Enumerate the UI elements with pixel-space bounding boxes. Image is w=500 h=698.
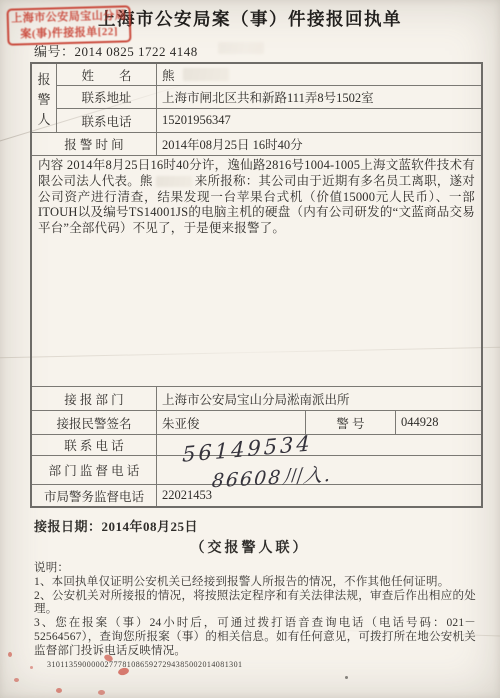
reporter-vertical-label: 报 警 人 — [32, 64, 57, 132]
table-row-report-time: 报 警 时 间 2014年08月25日 16时40分 — [32, 133, 481, 156]
scan-smudge — [218, 42, 264, 54]
table-row-name: 姓 名 熊 — [57, 64, 481, 86]
phone-label: 联系电话 — [57, 109, 157, 132]
notes-section: 说明： 1、本回执单仅证明公安机关已经接到报警人所报告的情况，不作其他任何证明。… — [34, 562, 476, 659]
contact-phone-label: 联 系 电 话 — [32, 435, 157, 455]
badge-number-label: 警 号 — [306, 411, 396, 434]
table-row-phone: 联系电话 15201956347 — [57, 109, 481, 132]
table-row-contact-phone: 联 系 电 话 — [32, 435, 481, 456]
dept-supervision-value — [157, 456, 481, 484]
note-item-1: 1、本回执单仅证明公安机关已经接到报警人所报告的情况，不作其他任何证明。 — [34, 576, 476, 590]
reporter-rows: 姓 名 熊 联系地址 上海市闸北区共和新路111弄8号1502室 联系电话 15… — [57, 64, 481, 132]
table-row-address: 联系地址 上海市闸北区共和新路111弄8号1502室 — [57, 86, 481, 109]
reporter-section: 报 警 人 姓 名 熊 联系地址 上海市闸北区共和新路111弄8号1502室 — [32, 64, 481, 133]
city-supervision-value: 22021453 — [157, 485, 481, 506]
badge-number-value: 044928 — [396, 411, 481, 434]
stamp-line2: 案(事)件接报单[22] — [9, 23, 129, 42]
vchar-ren: 人 — [37, 109, 50, 128]
table-row-city-supervision-phone: 市局警务监督电话 22021453 — [32, 485, 481, 506]
bottom-serial-digits: 3101135900000277781086592729438500201408… — [47, 660, 243, 669]
name-label: 姓 名 — [57, 64, 157, 85]
content-redaction-smudge — [156, 176, 192, 187]
red-ink-speck — [14, 678, 19, 682]
contact-phone-value — [157, 435, 481, 455]
address-value: 上海市闸北区共和新路111弄8号1502室 — [157, 86, 481, 108]
name-text: 熊 — [162, 66, 175, 84]
receiving-dept-value: 上海市公安局宝山分局淞南派出所 — [157, 387, 481, 410]
city-supervision-label: 市局警务监督电话 — [32, 485, 157, 506]
dept-supervision-label: 部 门 监 督 电 话 — [32, 456, 157, 484]
table-row-receiving-dept: 接 报 部 门 上海市公安局宝山分局淞南派出所 — [32, 387, 481, 411]
police-receipt-document: 上海市公安局宝山分局 案(事)件接报单[22] 上海市公安局案（事）件接报回执单… — [0, 0, 500, 698]
vchar-jing: 警 — [37, 89, 50, 108]
phone-value: 15201956347 — [157, 109, 481, 132]
address-label: 联系地址 — [57, 86, 157, 108]
copy-designation-label: （交报警人联） — [0, 537, 500, 557]
red-ink-speck — [8, 652, 12, 657]
form-table: 报 警 人 姓 名 熊 联系地址 上海市闸北区共和新路111弄8号1502室 — [30, 62, 483, 508]
name-value: 熊 — [157, 64, 481, 85]
note-item-2: 2、公安机关对所接报的情况，将按照法定程序和有关法律法规，审查后作出相应的处理。 — [34, 590, 476, 618]
notes-title: 说明： — [34, 562, 476, 576]
note-item-3: 3、您在报案（事）24小时后，可通过拨打语音查询电话（电话号码：021－5256… — [34, 617, 476, 658]
table-row-officer: 接报民警签名 朱亚俊 警 号 044928 — [32, 411, 481, 435]
table-row-dept-supervision-phone: 部 门 监 督 电 话 — [32, 456, 481, 485]
red-ink-speck — [98, 690, 105, 695]
red-office-stamp: 上海市公安局宝山分局 案(事)件接报单[22] — [7, 5, 132, 45]
red-ink-speck — [56, 688, 62, 693]
receipt-date: 接报日期：2014年08月25日 — [34, 516, 198, 535]
report-time-label: 报 警 时 间 — [32, 133, 157, 155]
name-redaction-smudge — [183, 68, 229, 81]
receiving-dept-label: 接 报 部 门 — [32, 387, 157, 410]
report-time-value: 2014年08月25日 16时40分 — [157, 133, 481, 155]
red-ink-speck — [30, 666, 33, 669]
incident-content-cell: 内容 2014年8月25日16时40分许，逸仙路2816号1004-1005上海… — [32, 156, 481, 387]
officer-name-value: 朱亚俊 — [157, 411, 306, 434]
vchar-bao: 报 — [37, 69, 50, 88]
officer-label: 接报民警签名 — [32, 411, 157, 434]
ink-dot — [345, 676, 348, 679]
